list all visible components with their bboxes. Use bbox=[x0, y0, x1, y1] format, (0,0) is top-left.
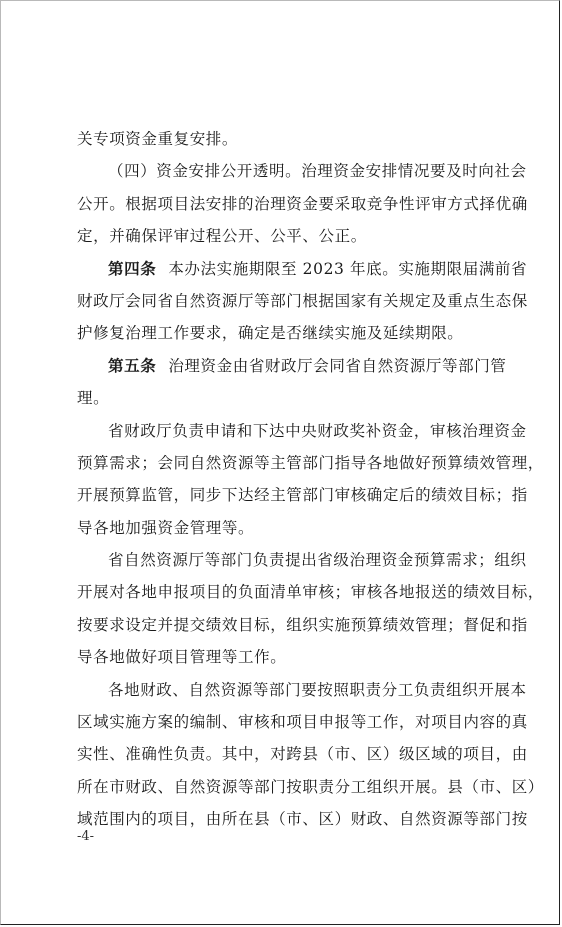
text-line: 护修复治理工作要求，确定是否继续实施及延续期限。 bbox=[77, 317, 491, 349]
text-line: 各地财政、自然资源等部门要按照职责分工负责组织开展本 bbox=[77, 674, 491, 706]
line-text: 实性、准确性负责。其中，对跨县（市、区）级区域的项目，由 bbox=[77, 745, 528, 763]
line-text: 省自然资源厅等部门负责提出省级治理资金预算需求；组织 bbox=[108, 551, 527, 569]
line-text: 理。 bbox=[77, 389, 109, 407]
text-line: 理。 bbox=[77, 382, 491, 414]
line-text: 导各地做好项目管理等工作。 bbox=[77, 648, 286, 666]
line-text: 公开。根据项目法安排的治理资金要采取竞争性评审方式择优确 bbox=[77, 195, 528, 213]
document-body: 关专项资金重复安排。 （四）资金安排公开透明。治理资金安排情况要及时向社会 公开… bbox=[77, 123, 491, 836]
text-line: 实性、准确性负责。其中，对跨县（市、区）级区域的项目，由 bbox=[77, 738, 491, 770]
line-text: 所在市财政、自然资源等部门按职责分工组织开展。县（市、区） bbox=[77, 778, 544, 796]
line-text: 治理资金由省财政厅会同省自然资源厅等部门管 bbox=[168, 357, 506, 375]
text-line: 按要求设定并提交绩效目标，组织实施预算绩效管理；督促和指 bbox=[77, 609, 491, 641]
text-line: 开展对各地申报项目的负面清单审核；审核各地报送的绩效目标， bbox=[77, 576, 491, 608]
article-4-heading-line: 第四条本办法实施期限至 2023 年底。实施期限届满前省 bbox=[77, 253, 491, 285]
line-text: 预算需求；会同自然资源等主管部门指导各地做好预算绩效管理， bbox=[77, 454, 544, 472]
text-line: 关专项资金重复安排。 bbox=[77, 123, 491, 155]
line-text: 区域实施方案的编制、审核和项目申报等工作，对项目内容的真 bbox=[77, 713, 528, 731]
text-line: 所在市财政、自然资源等部门按职责分工组织开展。县（市、区） bbox=[77, 771, 491, 803]
line-text: 定，并确保评审过程公开、公平、公正。 bbox=[77, 227, 367, 245]
line-text: 开展预算监管，同步下达经主管部门审核确定后的绩效目标；指 bbox=[77, 486, 528, 504]
line-text: 财政厅会同省自然资源厅等部门根据国家有关规定及重点生态保 bbox=[77, 292, 528, 310]
article-5-heading-line: 第五条治理资金由省财政厅会同省自然资源厅等部门管 bbox=[77, 350, 491, 382]
document-page: 关专项资金重复安排。 （四）资金安排公开透明。治理资金安排情况要及时向社会 公开… bbox=[0, 0, 560, 925]
text-line: 省自然资源厅等部门负责提出省级治理资金预算需求；组织 bbox=[77, 544, 491, 576]
text-line: 区域实施方案的编制、审核和项目申报等工作，对项目内容的真 bbox=[77, 706, 491, 738]
page-number: -4- bbox=[77, 829, 94, 844]
text-line: 预算需求；会同自然资源等主管部门指导各地做好预算绩效管理， bbox=[77, 447, 491, 479]
line-text: 按要求设定并提交绩效目标，组织实施预算绩效管理；督促和指 bbox=[77, 616, 528, 634]
text-line: 财政厅会同省自然资源厅等部门根据国家有关规定及重点生态保 bbox=[77, 285, 491, 317]
line-text: 各地财政、自然资源等部门要按照职责分工负责组织开展本 bbox=[108, 681, 527, 699]
text-line: （四）资金安排公开透明。治理资金安排情况要及时向社会 bbox=[77, 155, 491, 187]
text-line: 导各地加强资金管理等。 bbox=[77, 512, 491, 544]
line-text: （四）资金安排公开透明。治理资金安排情况要及时向社会 bbox=[108, 162, 527, 180]
line-text: 本办法实施期限至 2023 年底。实施期限届满前省 bbox=[168, 260, 527, 278]
line-text: 域范围内的项目，由所在县（市、区）财政、自然资源等部门按 bbox=[77, 810, 528, 828]
text-line: 公开。根据项目法安排的治理资金要采取竞争性评审方式择优确 bbox=[77, 188, 491, 220]
line-text: 护修复治理工作要求，确定是否继续实施及延续期限。 bbox=[77, 324, 463, 342]
article-label: 第四条 bbox=[108, 259, 156, 278]
text-line: 定，并确保评审过程公开、公平、公正。 bbox=[77, 220, 491, 252]
text-line: 开展预算监管，同步下达经主管部门审核确定后的绩效目标；指 bbox=[77, 479, 491, 511]
text-line: 域范围内的项目，由所在县（市、区）财政、自然资源等部门按 bbox=[77, 803, 491, 835]
line-text: 省财政厅负责申请和下达中央财政奖补资金，审核治理资金 bbox=[108, 422, 527, 440]
line-text: 关专项资金重复安排。 bbox=[77, 130, 238, 148]
article-label: 第五条 bbox=[108, 356, 156, 375]
text-line: 导各地做好项目管理等工作。 bbox=[77, 641, 491, 673]
line-text: 导各地加强资金管理等。 bbox=[77, 519, 254, 537]
line-text: 开展对各地申报项目的负面清单审核；审核各地报送的绩效目标， bbox=[77, 583, 544, 601]
text-line: 省财政厅负责申请和下达中央财政奖补资金，审核治理资金 bbox=[77, 415, 491, 447]
